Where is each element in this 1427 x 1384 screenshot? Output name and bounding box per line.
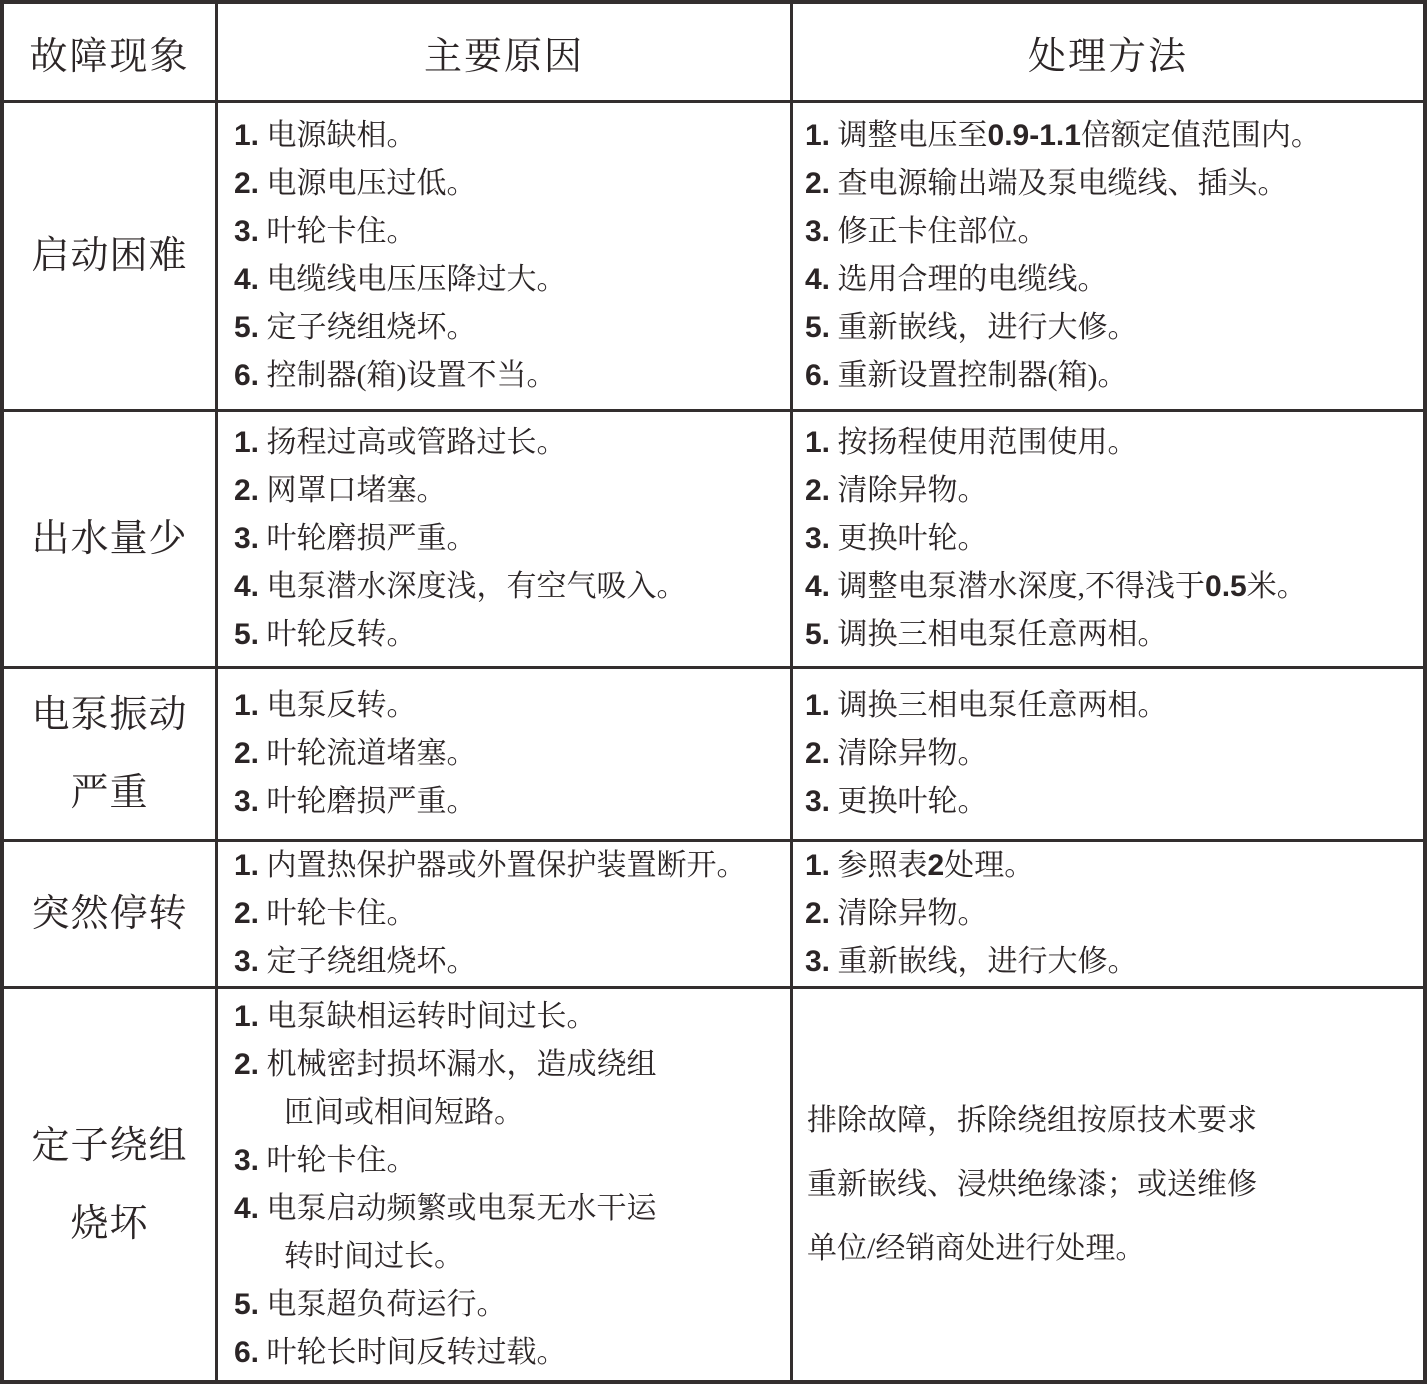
cause-item: 1. 电泵反转。 (234, 682, 786, 730)
cause-item: 2. 叶轮流道堵塞。 (234, 730, 786, 778)
item-number: 3. (234, 785, 259, 818)
remedy-item: 2. 清除异物。 (805, 467, 1419, 515)
item-number: 2. (234, 1048, 259, 1081)
remedy-text: 重新嵌线，进行大修。 (838, 945, 1138, 978)
symptom-cell: 突然停转 (4, 842, 215, 986)
cause-item: 5. 定子绕组烧坏。 (234, 304, 786, 352)
cause-text: 电泵启动频繁或电泵无水干运 转时间过长。 (267, 1192, 657, 1273)
remedy-item: 4. 选用合理的电缆线。 (805, 256, 1419, 304)
remedy-item: 2. 清除异物。 (805, 890, 1419, 938)
remedy-list: 1. 参照表2处理。2. 清除异物。3. 重新嵌线，进行大修。 (793, 842, 1423, 986)
remedy-list: 1. 调整电压至0.9-1.1倍额定值范围内。2. 查电源输出端及泵电缆线、插头… (793, 103, 1423, 409)
symptom-cell: 电泵振动严重 (4, 669, 215, 839)
item-number: 1. (234, 119, 259, 152)
remedy-text: 清除异物。 (838, 897, 988, 930)
remedy-text: 重新嵌线，进行大修。 (838, 311, 1138, 344)
cause-text: 电源缺相。 (267, 119, 417, 152)
cause-text: 叶轮磨损严重。 (267, 785, 477, 818)
remedy-item: 5. 调换三相电泵任意两相。 (805, 611, 1419, 659)
item-number: 3. (805, 215, 830, 248)
item-number: 4. (234, 1192, 259, 1225)
item-number: 1. (234, 849, 259, 882)
remedy-item: 3. 更换叶轮。 (805, 778, 1419, 826)
cause-item: 4. 电缆线电压压降过大。 (234, 256, 786, 304)
remedy-item: 3. 修正卡住部位。 (805, 208, 1419, 256)
item-number: 6. (234, 359, 259, 392)
remedy-item: 1. 按扬程使用范围使用。 (805, 419, 1419, 467)
item-number: 4. (805, 263, 830, 296)
cause-list: 1. 电源缺相。2. 电源电压过低。3. 叶轮卡住。4. 电缆线电压压降过大。5… (218, 103, 790, 409)
cause-item: 6. 控制器(箱)设置不当。 (234, 352, 786, 400)
cause-item: 1. 扬程过高或管路过长。 (234, 419, 786, 467)
remedy-text: 重新设置控制器(箱)。 (838, 359, 1128, 392)
cause-text: 电泵缺相运转时间过长。 (267, 1000, 597, 1033)
cause-text: 定子绕组烧坏。 (267, 945, 477, 978)
item-number: 3. (234, 945, 259, 978)
remedy-item: 1. 参照表2处理。 (805, 842, 1419, 890)
symptom-cell: 出水量少 (4, 412, 215, 666)
remedy-item: 2. 清除异物。 (805, 730, 1419, 778)
cause-text: 电泵潜水深度浅，有空气吸入。 (267, 570, 687, 603)
cause-text: 网罩口堵塞。 (267, 474, 447, 507)
item-number: 5. (805, 311, 830, 344)
remedy-item: 3. 更换叶轮。 (805, 515, 1419, 563)
cause-item: 2. 网罩口堵塞。 (234, 467, 786, 515)
remedy-text: 调整电泵潜水深度,不得浅于0.5米。 (838, 570, 1307, 603)
item-number: 1. (234, 1000, 259, 1033)
cause-item: 3. 叶轮卡住。 (234, 208, 786, 256)
item-number: 1. (234, 689, 259, 722)
symptom-cell: 定子绕组烧坏 (4, 989, 215, 1380)
remedy-text: 更换叶轮。 (838, 522, 988, 555)
remedy-text: 调整电压至0.9-1.1倍额定值范围内。 (838, 119, 1321, 152)
cause-list: 1. 电泵反转。2. 叶轮流道堵塞。3. 叶轮磨损严重。 (218, 669, 790, 839)
cause-text: 内置热保护器或外置保护装置断开。 (267, 849, 747, 882)
symptom-cell: 启动困难 (4, 103, 215, 409)
cause-text: 叶轮流道堵塞。 (267, 737, 477, 770)
cause-text: 控制器(箱)设置不当。 (267, 359, 557, 392)
item-number: 3. (234, 215, 259, 248)
item-number: 5. (234, 311, 259, 344)
remedy-text: 选用合理的电缆线。 (838, 263, 1108, 296)
remedy-item: 5. 重新嵌线，进行大修。 (805, 304, 1419, 352)
item-number: 3. (805, 522, 830, 555)
cause-list: 1. 内置热保护器或外置保护装置断开。2. 叶轮卡住。3. 定子绕组烧坏。 (218, 842, 790, 986)
cause-text: 电泵反转。 (267, 689, 417, 722)
item-number: 4. (805, 570, 830, 603)
item-number: 2. (805, 474, 830, 507)
item-number: 2. (234, 897, 259, 930)
remedy-text: 调换三相电泵任意两相。 (838, 618, 1168, 651)
cause-item: 3. 叶轮磨损严重。 (234, 778, 786, 826)
cause-text: 叶轮卡住。 (267, 1144, 417, 1177)
troubleshooting-table: 故障现象 主要原因 处理方法 启动困难1. 电源缺相。2. 电源电压过低。3. … (0, 0, 1427, 1384)
remedy-item: 1. 调换三相电泵任意两相。 (805, 682, 1419, 730)
cause-item: 4. 电泵潜水深度浅，有空气吸入。 (234, 563, 786, 611)
item-number: 1. (234, 426, 259, 459)
cause-item: 2. 电源电压过低。 (234, 160, 786, 208)
item-number: 6. (805, 359, 830, 392)
cause-text: 扬程过高或管路过长。 (267, 426, 567, 459)
symptom-text: 严重 (70, 754, 148, 832)
item-number: 2. (234, 474, 259, 507)
item-number: 2. (805, 897, 830, 930)
symptom-text: 定子绕组 (31, 1107, 187, 1185)
remedy-paragraph: 排除故障，拆除绕组按原技术要求 重新嵌线、浸烘绝缘漆；或送维修 单位/经销商处进… (793, 989, 1423, 1380)
cause-text: 叶轮卡住。 (267, 215, 417, 248)
remedy-item: 3. 重新嵌线，进行大修。 (805, 938, 1419, 986)
cause-text: 电泵超负荷运行。 (267, 1288, 507, 1321)
remedy-text: 清除异物。 (838, 737, 988, 770)
cause-list: 1. 电泵缺相运转时间过长。2. 机械密封损坏漏水，造成绕组 匝间或相间短路。3… (218, 989, 790, 1380)
cause-item: 4. 电泵启动频繁或电泵无水干运 转时间过长。 (234, 1185, 786, 1281)
remedy-item: 2. 查电源输出端及泵电缆线、插头。 (805, 160, 1419, 208)
remedy-text: 参照表2处理。 (838, 849, 1035, 882)
item-number: 2. (234, 737, 259, 770)
symptom-text: 出水量少 (31, 500, 187, 578)
cause-item: 5. 电泵超负荷运行。 (234, 1281, 786, 1329)
symptom-text: 突然停转 (31, 875, 187, 953)
symptom-text: 启动困难 (31, 217, 187, 295)
cause-text: 机械密封损坏漏水，造成绕组 匝间或相间短路。 (267, 1048, 657, 1129)
remedy-text: 修正卡住部位。 (838, 215, 1048, 248)
remedy-text: 清除异物。 (838, 474, 988, 507)
remedy-list: 1. 调换三相电泵任意两相。2. 清除异物。3. 更换叶轮。 (793, 669, 1423, 839)
cause-item: 3. 叶轮磨损严重。 (234, 515, 786, 563)
cause-text: 电缆线电压压降过大。 (267, 263, 567, 296)
cause-text: 叶轮磨损严重。 (267, 522, 477, 555)
cause-item: 6. 叶轮长时间反转过载。 (234, 1329, 786, 1377)
item-number: 1. (805, 119, 830, 152)
cause-text: 叶轮反转。 (267, 618, 417, 651)
cause-text: 定子绕组烧坏。 (267, 311, 477, 344)
cause-item: 2. 机械密封损坏漏水，造成绕组 匝间或相间短路。 (234, 1041, 786, 1137)
cause-list: 1. 扬程过高或管路过长。2. 网罩口堵塞。3. 叶轮磨损严重。4. 电泵潜水深… (218, 412, 790, 666)
header-symptom: 故障现象 (4, 4, 215, 100)
item-number: 3. (234, 522, 259, 555)
remedy-item: 6. 重新设置控制器(箱)。 (805, 352, 1419, 400)
cause-text: 叶轮长时间反转过载。 (267, 1336, 567, 1369)
item-number: 3. (805, 785, 830, 818)
remedy-text: 按扬程使用范围使用。 (838, 426, 1138, 459)
item-number: 2. (234, 167, 259, 200)
item-number: 1. (805, 689, 830, 722)
header-cause-label: 主要原因 (424, 25, 584, 80)
symptom-text: 烧坏 (70, 1185, 148, 1263)
item-number: 5. (234, 618, 259, 651)
cause-item: 3. 叶轮卡住。 (234, 1137, 786, 1185)
remedy-item: 4. 调整电泵潜水深度,不得浅于0.5米。 (805, 563, 1419, 611)
cause-text: 叶轮卡住。 (267, 897, 417, 930)
item-number: 5. (805, 618, 830, 651)
remedy-item: 1. 调整电压至0.9-1.1倍额定值范围内。 (805, 112, 1419, 160)
remedy-text: 查电源输出端及泵电缆线、插头。 (838, 167, 1288, 200)
cause-text: 电源电压过低。 (267, 167, 477, 200)
remedy-text: 更换叶轮。 (838, 785, 988, 818)
item-number: 1. (805, 849, 830, 882)
header-remedy: 处理方法 (793, 4, 1423, 100)
item-number: 4. (234, 570, 259, 603)
cause-item: 1. 电泵缺相运转时间过长。 (234, 993, 786, 1041)
header-symptom-label: 故障现象 (29, 25, 189, 80)
cause-item: 1. 内置热保护器或外置保护装置断开。 (234, 842, 786, 890)
header-cause: 主要原因 (218, 4, 790, 100)
item-number: 2. (805, 737, 830, 770)
item-number: 3. (805, 945, 830, 978)
symptom-text: 电泵振动 (31, 676, 187, 754)
item-number: 4. (234, 263, 259, 296)
cause-item: 1. 电源缺相。 (234, 112, 786, 160)
cause-item: 2. 叶轮卡住。 (234, 890, 786, 938)
item-number: 2. (805, 167, 830, 200)
item-number: 1. (805, 426, 830, 459)
cause-item: 3. 定子绕组烧坏。 (234, 938, 786, 986)
cause-item: 5. 叶轮反转。 (234, 611, 786, 659)
item-number: 5. (234, 1288, 259, 1321)
header-remedy-label: 处理方法 (1028, 25, 1188, 80)
remedy-list: 1. 按扬程使用范围使用。2. 清除异物。3. 更换叶轮。4. 调整电泵潜水深度… (793, 412, 1423, 666)
remedy-text: 调换三相电泵任意两相。 (838, 689, 1168, 722)
item-number: 3. (234, 1144, 259, 1177)
item-number: 6. (234, 1336, 259, 1369)
